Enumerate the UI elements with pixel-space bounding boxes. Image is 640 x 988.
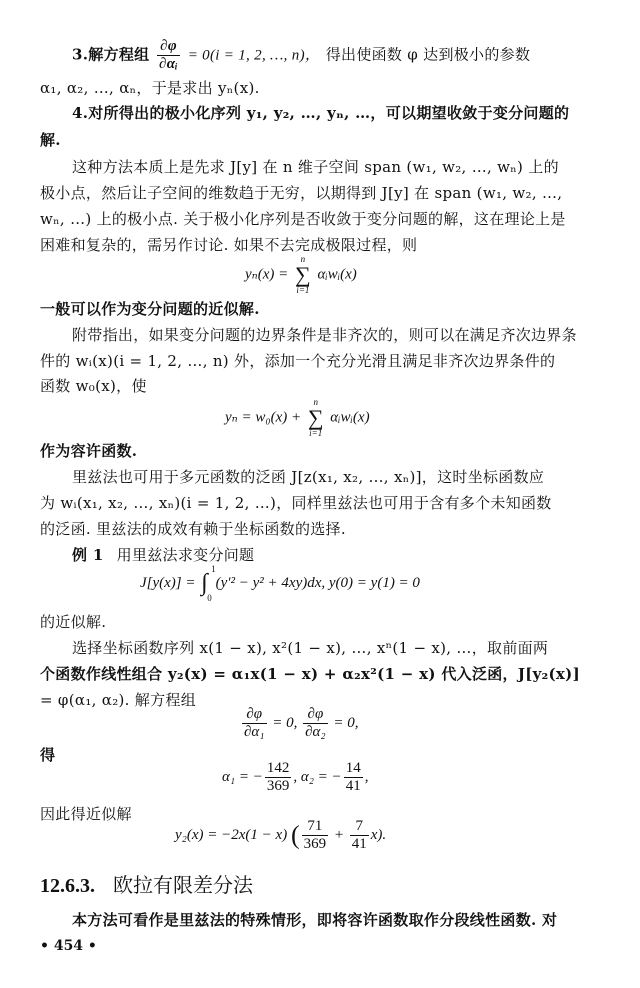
paragraph-line: 困难和复杂的，需另作讨论. 如果不去完成极限过程，则 [40,235,600,255]
section-number: 12.6.3. [40,875,95,897]
numerator: 7 [350,818,369,836]
step4-continuation: 解. [40,130,600,150]
paragraph-line: 个函数作线性组合 y₂(x) = α₁x(1 − x) + α₂x²(1 − x… [40,664,600,684]
integral-symbol: ∫10 [201,570,208,597]
paragraph-line: 函数 w₀(x)，使 [40,376,600,396]
denominator: ∂α₂ [303,724,328,741]
equation-2: yₙ = w₀(x) + n∑i=1 αᵢwᵢ(x) [225,398,370,438]
step4-line: 4.对所得出的极小化序列 y₁, y₂, …, yₙ, …，可以期望收敛于变分问… [72,103,600,123]
sum-lower: i=1 [295,286,311,295]
equation-5: α₁ = −142369, α₂ = −1441, [222,760,368,795]
denominator: 41 [344,778,363,795]
numerator: 14 [344,760,363,778]
eq-part: α₁ = − [222,769,263,785]
summation-symbol: n∑i=1 [295,255,311,295]
int-upper: 1 [211,564,216,574]
step-number: 3. [72,46,88,64]
sum-lower: i=1 [308,429,324,438]
paragraph-line: 件的 wᵢ(x)(i = 1, 2, …, n) 外，添加一个充分光滑且满足非齐… [40,351,600,371]
fraction: 142369 [265,760,292,795]
eq-rhs: αᵢwᵢ(x) [317,266,356,282]
equals: = 0, [272,715,297,731]
fraction: 1441 [344,760,363,795]
summation-symbol: n∑i=1 [308,398,324,438]
eq-part: x). [371,827,386,843]
paragraph-line: 附带指出，如果变分问题的边界条件是非齐次的，则可以在满足齐次边界条 [72,325,600,345]
paragraph-line: 这种方法本质上是先求 J[y] 在 n 维子空间 span (w₁, w₂, …… [72,157,600,177]
partial-fraction: ∂φ∂αᵢ [157,38,180,73]
eq-part: , α₂ = − [293,769,341,785]
document-page: 3.解方程组 ∂φ∂αᵢ = 0(i = 1, 2, …, n)， 得出使函数 … [0,0,640,988]
eq-lhs: J[y(x)] = [140,575,196,591]
fraction: 741 [350,818,369,853]
eq-part: , [365,769,369,785]
int-lower: 0 [207,593,212,603]
paragraph-line: 一般可以作为变分问题的近似解. [40,299,600,319]
text: 得出使函数 φ 达到极小的参数 [326,46,531,64]
denominator: ∂αᵢ [157,56,180,73]
text: 解方程组 [88,46,149,64]
paragraph-line: 极小点，然后让子空间的维数趋于无穷，以期得到 J[y] 在 span (w₁, … [40,183,600,203]
equation-6: y₂(x) = −2x(1 − x) (71369 + 741x). [175,818,386,853]
paragraph-line: 为 wᵢ(x₁, x₂, …, xₙ)(i = 1, 2, …)，同样里兹法也可… [40,493,600,513]
fraction: 71369 [302,818,329,853]
eq-lhs: yₙ(x) = [245,266,288,282]
paragraph-line: 的泛函. 里兹法的成效有赖于坐标函数的选择. [40,519,600,539]
numerator: 142 [265,760,292,778]
paragraph-line: 的近似解. [40,612,600,632]
section-heading: 12.6.3.欧拉有限差分法 [40,872,253,899]
denominator: 41 [350,836,369,853]
eq-lhs: yₙ = w₀(x) + [225,409,301,425]
eq-rhs: (y′² − y² + 4xy)dx, y(0) = y(1) = 0 [216,575,420,591]
plus: + [334,827,344,843]
page-number: • 454 • [40,938,97,954]
numerator: ∂φ [303,706,328,724]
equation-4: ∂φ∂α₁ = 0, ∂φ∂α₂ = 0, [240,706,359,741]
equation-3: J[y(x)] = ∫10 (y′² − y² + 4xy)dx, y(0) =… [140,570,420,597]
numerator: 71 [302,818,329,836]
step3-continuation: α₁, α₂, …, αₙ，于是求出 yₙ(x). [40,78,600,98]
eq-rhs: αᵢwᵢ(x) [330,409,369,425]
equation-1: yₙ(x) = n∑i=1 αᵢwᵢ(x) [245,255,357,295]
equals: = 0, [333,715,358,731]
numerator: ∂φ [157,38,180,56]
fraction: ∂φ∂α₂ [303,706,328,741]
denominator: ∂α₁ [242,724,267,741]
paragraph-line: 本方法可看作是里兹法的特殊情形，即将容许函数取作分段线性函数. 对 [72,910,600,930]
example-heading: 例 1 用里兹法求变分问题 [72,545,600,565]
section-title: 欧拉有限差分法 [113,873,253,897]
paragraph-line: 选择坐标函数序列 x(1 − x), x²(1 − x), …, xⁿ(1 − … [72,638,600,658]
equation-text: = 0(i = 1, 2, …, n)， [188,48,321,64]
example-text: 用里兹法求变分问题 [117,546,255,564]
paragraph-line: 作为容许函数. [40,441,600,461]
paragraph-line: wₙ, …) 上的极小点. 关于极小化序列是否收敛于变分问题的解，这在理论上是 [40,209,600,229]
eq-lhs: y₂(x) = −2x(1 − x) [175,827,287,843]
paragraph-line: 里兹法也可用于多元函数的泛函 J[z(x₁, x₂, …, xₙ)]，这时坐标函… [72,467,600,487]
denominator: 369 [302,836,329,853]
numerator: ∂φ [242,706,267,724]
example-label: 例 1 [72,546,104,564]
denominator: 369 [265,778,292,795]
fraction: ∂φ∂α₁ [242,706,267,741]
step3-line: 3.解方程组 ∂φ∂αᵢ = 0(i = 1, 2, …, n)， 得出使函数 … [72,38,600,73]
